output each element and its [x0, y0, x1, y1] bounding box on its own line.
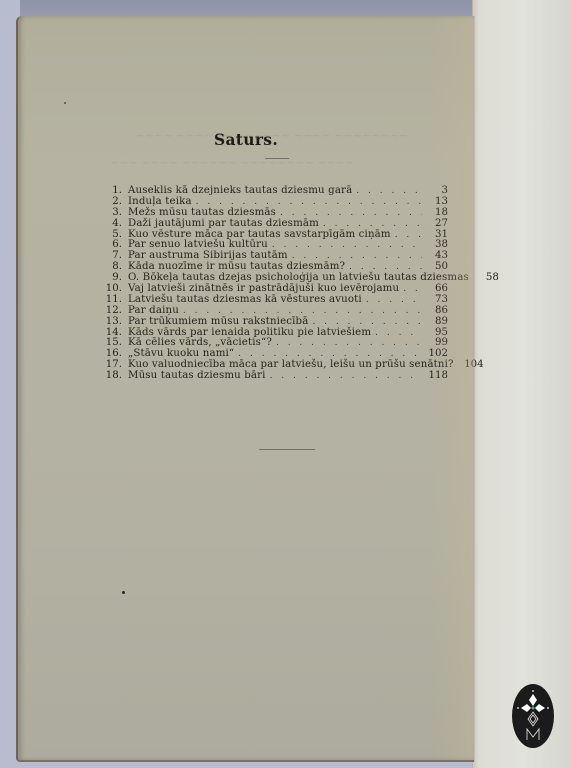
entry-page-number: 104 [462, 360, 484, 371]
toc-entry: 18.Mūsu tautas dziesmu bāri118 [100, 371, 448, 382]
entry-number: 13. [100, 317, 128, 328]
dot-leader [270, 371, 422, 382]
dot-leader [312, 317, 422, 328]
facing-page [472, 0, 571, 768]
entry-title: Daži jautājumi par tautas dziesmām [128, 219, 319, 230]
entry-title: Par trūkumiem mūsu rakstniecībā [128, 317, 308, 328]
toc-entry: 13.Par trūkumiem mūsu rakstniecībā89 [100, 317, 448, 328]
table-of-contents: 1.Auseklis kā dzejnieks tautas dziesmu g… [100, 186, 448, 382]
paper-speck [64, 102, 66, 104]
entry-page-number: 118 [426, 371, 448, 382]
dot-leader [323, 219, 422, 230]
dot-leader [375, 328, 422, 339]
ornamental-am-monogram-icon [512, 684, 554, 748]
entry-title: Mūsu tautas dziesmu bāri [128, 371, 266, 382]
toc-entry: 4.Daži jautājumi par tautas dziesmām27 [100, 219, 448, 230]
dot-leader [395, 230, 422, 241]
entry-page-number: 89 [426, 317, 448, 328]
page-title: Saturs. [18, 130, 474, 149]
paper-speck [122, 591, 125, 594]
book-page: ~~~~ ~~~~~~ ~~~~~~ ~~~~ ~~~~~~~~ ~~~ ~~~… [16, 16, 474, 762]
dot-leader [403, 284, 422, 295]
dot-leader [272, 240, 422, 251]
entry-number: 18. [100, 371, 128, 382]
entry-number: 4. [100, 219, 128, 230]
watermark-logo [512, 684, 554, 748]
title-divider [265, 158, 289, 159]
entry-page-number: 27 [426, 219, 448, 230]
entry-page-number: 58 [477, 273, 499, 284]
show-through-text: ~~~ ~~~~ ~~~~~~ ~~~~~~~~ ~~~~ [110, 156, 354, 169]
end-divider [259, 449, 315, 450]
dot-leader [276, 338, 422, 349]
dot-leader [366, 295, 422, 306]
dot-leader [356, 186, 422, 197]
